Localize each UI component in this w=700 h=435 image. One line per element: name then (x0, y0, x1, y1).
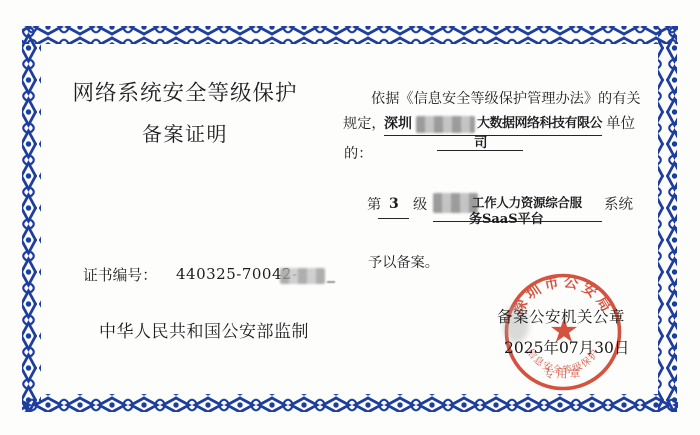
system-name-line1: 工作人力资源综合服 (472, 196, 582, 210)
system-suffix: 系统 (604, 197, 633, 214)
intro-line2-prefix: 规定， (343, 116, 386, 132)
redaction-blur-cert-no (280, 268, 325, 284)
of-label: 的： (344, 146, 372, 162)
company-underline (384, 135, 602, 136)
seal-date: 2025年07月30日 (504, 340, 629, 358)
certificate-title-line2: 备案证明 (40, 123, 330, 146)
redaction-blur-company (416, 116, 475, 133)
cert-no-label: 证书编号： (83, 267, 157, 284)
system-name-line2: 务SaaS平台 (469, 213, 544, 228)
company-name-part1: 深圳 (384, 116, 412, 132)
grade-underline (378, 218, 409, 219)
seal-caption: 备案公安机关公章 (497, 309, 625, 327)
intro-line1: 依据《信息安全等级保护管理办法》的有关 (371, 91, 641, 107)
grade-prefix: 第 (367, 197, 381, 213)
company-line2-underline (437, 150, 523, 151)
grade-value: 3 (389, 196, 399, 212)
filing-statement: 予以备案。 (368, 255, 439, 271)
certificate-title-line1: 网络系统安全等级保护 (40, 82, 330, 107)
unit-label: 单位 (606, 116, 635, 133)
redaction-dash (327, 281, 335, 283)
company-name-part2: 大数据网络科技有限公 (477, 117, 602, 132)
issuer-line: 中华人民共和国公安部监制 (99, 323, 309, 343)
certificate-page: 网络系统安全等级保护 备案证明 依据《信息安全等级保护管理办法》的有关 规定， … (0, 0, 700, 435)
seal-bottom-label: 专用章 (544, 366, 583, 380)
grade-suffix: 级 (413, 197, 427, 213)
